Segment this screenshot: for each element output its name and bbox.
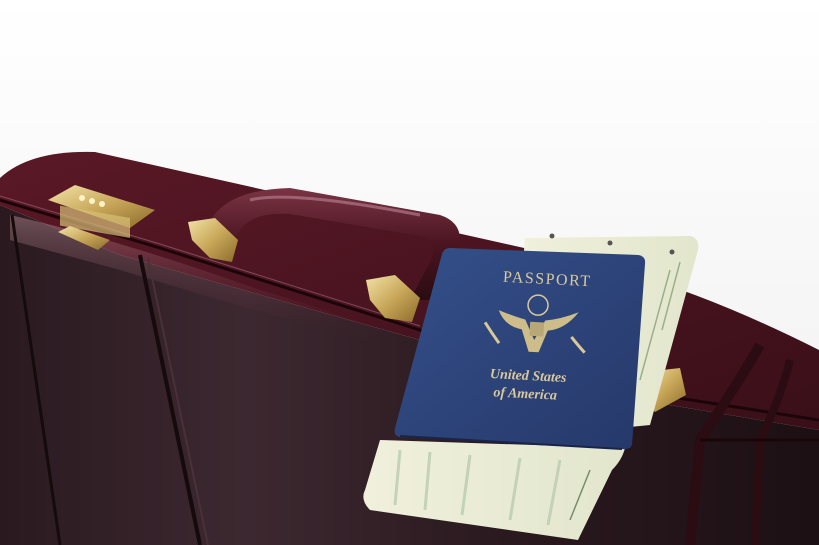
photo-scene: PASSPORT United States of America <box>0 0 819 545</box>
